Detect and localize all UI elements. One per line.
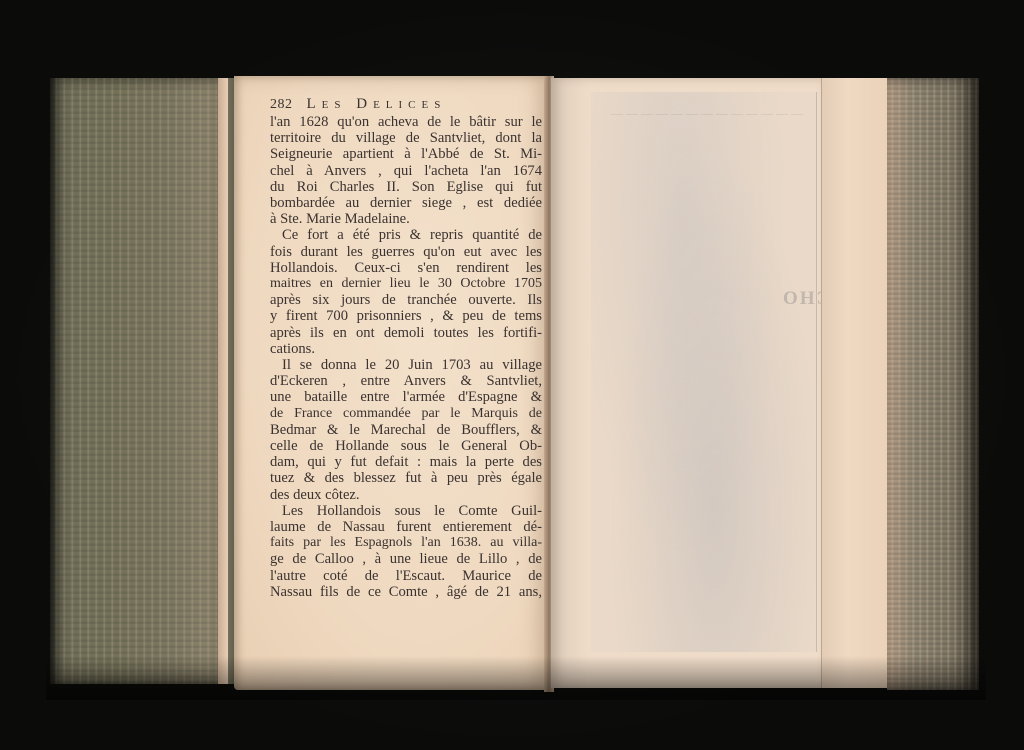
text-line: fois durant les guerres qu'on eut avec l…	[270, 244, 542, 260]
text-line: l'autre coté de l'Escaut. Maurice de	[270, 568, 542, 584]
text-line: l'an 1628 qu'on acheva de le bâtir sur l…	[270, 114, 542, 130]
left-page-edge-highlight	[218, 78, 228, 684]
text-line: d'Eckeren , entre Anvers & Santvliet,	[270, 373, 542, 389]
text-line: maitres en dernier lieu le 30 Octobre 17…	[270, 276, 542, 292]
text-line: à Ste. Marie Madelaine.	[270, 211, 542, 227]
paragraph-2: Ce fort a été pris & repris quantité de …	[270, 227, 542, 357]
text-line: ge de Calloo , à une lieue de Lillo , de	[270, 551, 542, 567]
text-line: territoire du village de Santvliet, dont…	[270, 130, 542, 146]
left-page-block-edges	[50, 78, 218, 684]
text-line: y firent 700 prisonniers , & peu de tems	[270, 308, 542, 324]
right-page-block-edges	[887, 78, 979, 690]
right-outer-leaf	[821, 78, 888, 688]
showthrough-rule: ― ― ― ― ― ― ― ― ― ― ― ― ―	[611, 106, 803, 121]
text-line: Ce fort a été pris & repris quantité de	[270, 227, 542, 243]
text-line: des deux côtez.	[270, 487, 542, 503]
text-line: cations.	[270, 341, 542, 357]
running-head: 282 Les Delices	[270, 96, 542, 114]
text-line: laume de Nassau furent entierement dé-	[270, 519, 542, 535]
text-line: Les Hollandois sous le Comte Guil-	[270, 503, 542, 519]
paragraph-4: Les Hollandois sous le Comte Guil- laume…	[270, 503, 542, 600]
text-line: celle de Hollande sous le General Ob-	[270, 438, 542, 454]
text-line: après six jours de tranchée ouverte. Ils	[270, 292, 542, 308]
page-number: 282	[270, 97, 293, 113]
right-page: RICHO M ― ― ― ― ― ― ― ― ― ― ― ― ―	[551, 78, 821, 688]
text-line: Il se donna le 20 Juin 1703 au village	[270, 357, 542, 373]
text-line: tuez & des blessez fut à peu près égale	[270, 470, 542, 486]
text-line: Bedmar & le Marechal de Boufflers, &	[270, 422, 542, 438]
text-line: du Roi Charles II. Son Eglise qui fut	[270, 179, 542, 195]
bottom-shadow	[46, 656, 986, 700]
text-line: Seigneurie apartient à l'Abbé de St. Mi-	[270, 146, 542, 162]
text-line: dam, qui y fut defait : mais la perte de…	[270, 454, 542, 470]
text-line: après ils en ont demoli toutes les forti…	[270, 325, 542, 341]
paragraph-3: Il se donna le 20 Juin 1703 au village d…	[270, 357, 542, 503]
text-line: Nassau fils de ce Comte , âgé de 21 ans,	[270, 584, 542, 600]
running-head-title: Les Delices	[307, 96, 447, 112]
scan-background: 282 Les Delices l'an 1628 qu'on acheva d…	[0, 0, 1024, 750]
left-page-text: 282 Les Delices l'an 1628 qu'on acheva d…	[270, 96, 542, 600]
text-line: faits par les Espagnols l'an 1638. au vi…	[270, 535, 542, 551]
text-line: de France commandée par le Marquis de	[270, 406, 542, 422]
text-line: bombardée au dernier siege , est dediée	[270, 195, 542, 211]
text-line: une bataille entre l'armée d'Espagne &	[270, 389, 542, 405]
open-book: 282 Les Delices l'an 1628 qu'on acheva d…	[46, 72, 986, 700]
paragraph-1: l'an 1628 qu'on acheva de le bâtir sur l…	[270, 114, 542, 227]
text-line: chel à Anvers , qui l'acheta l'an 1674	[270, 163, 542, 179]
text-line: Hollandois. Ceux-ci s'en rendirent les	[270, 260, 542, 276]
plate-showthrough	[591, 92, 817, 652]
left-page: 282 Les Delices l'an 1628 qu'on acheva d…	[234, 76, 548, 690]
